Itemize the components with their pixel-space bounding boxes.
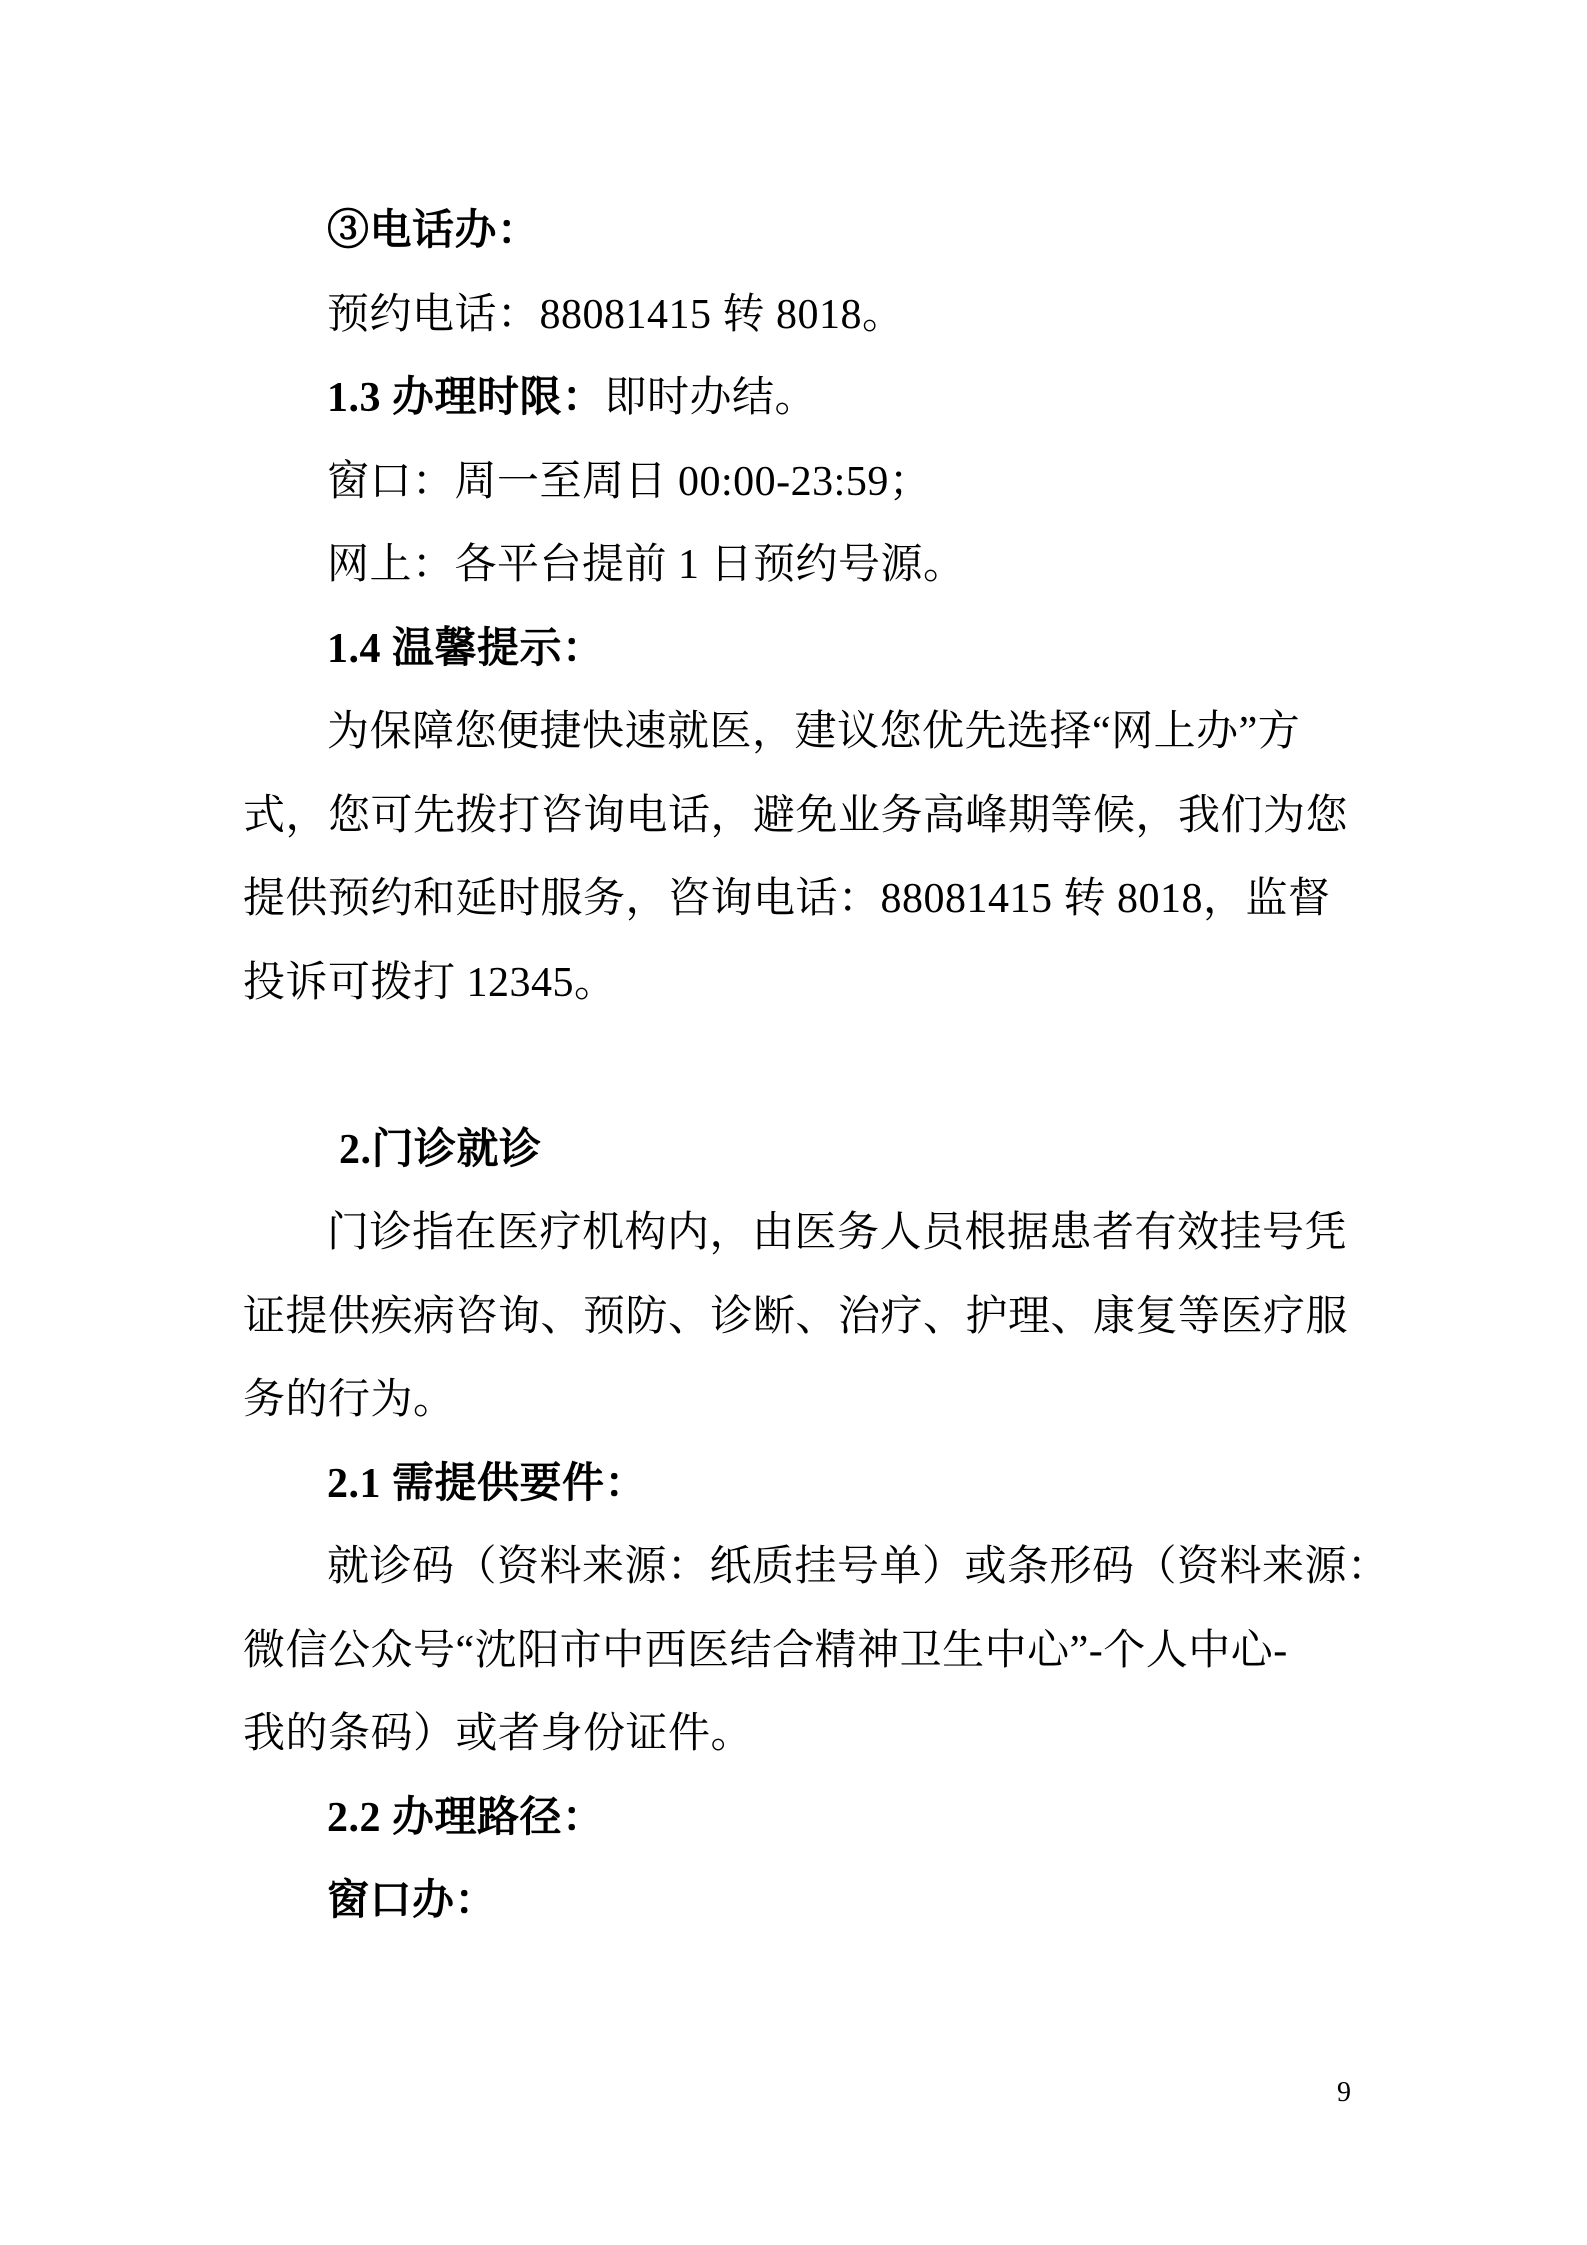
document-body: ③电话办： 预约电话：88081415 转 8018。 1.3 办理时限：即时办… bbox=[243, 190, 1347, 1944]
outpatient-paragraph-line-2: 证提供疾病咨询、预防、诊断、治疗、护理、康复等医疗服 bbox=[243, 1276, 1347, 1360]
heading-processing-time: 1.3 办理时限：即时办结。 bbox=[243, 357, 1347, 441]
tips-paragraph-line-2: 式，您可先拨打咨询电话，避免业务高峰期等候，我们为您 bbox=[243, 775, 1347, 859]
materials-paragraph-line-3: 我的条码）或者身份证件。 bbox=[243, 1693, 1347, 1777]
blank-line bbox=[243, 1025, 1347, 1109]
line-booking-phone: 预约电话：88081415 转 8018。 bbox=[243, 274, 1347, 358]
materials-paragraph-line-2: 微信公众号“沈阳市中西医结合精神卫生中心”-个人中心- bbox=[243, 1610, 1347, 1694]
page-number: 9 bbox=[1337, 2076, 1351, 2110]
tips-paragraph-line-1: 为保障您便捷快速就医，建议您优先选择“网上办”方 bbox=[243, 691, 1347, 775]
heading-window-channel: 窗口办： bbox=[243, 1860, 1347, 1944]
processing-time-label: 1.3 办理时限： bbox=[327, 375, 605, 421]
heading-tips: 1.4 温馨提示： bbox=[243, 608, 1347, 692]
outpatient-paragraph-line-3: 务的行为。 bbox=[243, 1359, 1347, 1443]
document-page: ③电话办： 预约电话：88081415 转 8018。 1.3 办理时限：即时办… bbox=[0, 0, 1587, 2245]
materials-paragraph-line-1: 就诊码（资料来源：纸质挂号单）或条形码（资料来源： bbox=[243, 1526, 1347, 1610]
heading-processing-path: 2.2 办理路径： bbox=[243, 1777, 1347, 1861]
heading-phone-channel: ③电话办： bbox=[243, 190, 1347, 274]
line-window-hours: 窗口：周一至周日 00:00-23:59； bbox=[243, 441, 1347, 525]
tips-paragraph-line-4: 投诉可拨打 12345。 bbox=[243, 942, 1347, 1026]
heading-required-materials: 2.1 需提供要件： bbox=[243, 1443, 1347, 1527]
line-online-hours: 网上：各平台提前 1 日预约号源。 bbox=[243, 524, 1347, 608]
heading-outpatient-section: 2.门诊就诊 bbox=[243, 1109, 1347, 1193]
tips-paragraph-line-3: 提供预约和延时服务，咨询电话：88081415 转 8018，监督 bbox=[243, 858, 1347, 942]
outpatient-paragraph-line-1: 门诊指在医疗机构内，由医务人员根据患者有效挂号凭 bbox=[243, 1192, 1347, 1276]
processing-time-value: 即时办结。 bbox=[605, 375, 818, 421]
